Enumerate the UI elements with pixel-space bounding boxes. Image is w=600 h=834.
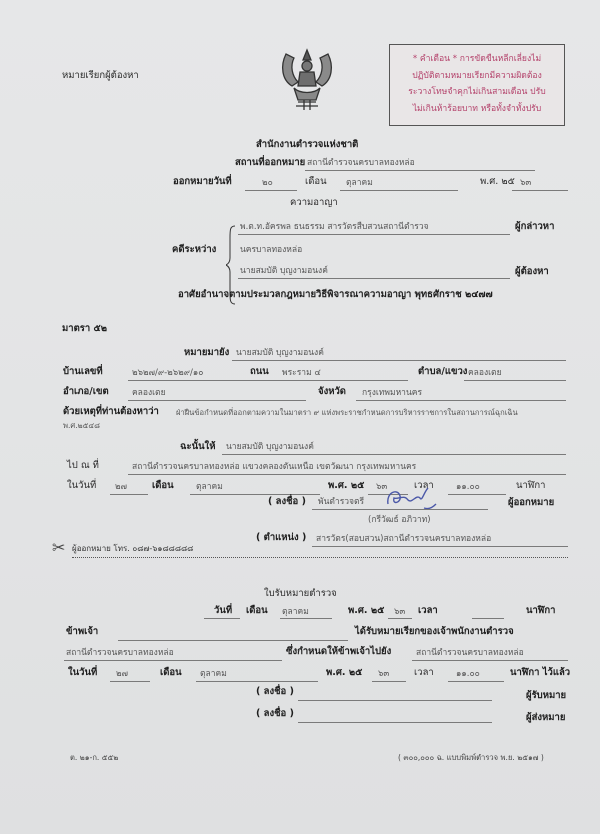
go-place-label: ไป ณ ที่: [67, 460, 99, 472]
house-label: บ้านเลขที่: [63, 366, 103, 378]
underline: [372, 681, 406, 682]
receipt-on-year-label: พ.ศ. ๒๕: [326, 667, 362, 679]
underline: [128, 474, 566, 475]
print-info: ( ๓๐๐,๐๐๐ ฉ. แบบพิมพ์ตำรวจ พ.ย. ๒๕๑๗ ): [398, 752, 544, 764]
section-text: มาตรา ๕๒: [62, 323, 107, 335]
underline: [196, 681, 318, 682]
underline: [110, 494, 148, 495]
therefore-label: ฉะนั้นให้: [180, 441, 215, 453]
warning-line: ไม่เกินห้าร้อยบาท หรือทั้งจำทั้งปรับ: [390, 101, 564, 118]
underline: [128, 400, 306, 401]
underline: [388, 618, 412, 619]
summons-year-label: พ.ศ. ๒๕: [328, 480, 364, 492]
underline: [110, 681, 150, 682]
subdistrict-label: ตำบล/แขวง: [418, 366, 467, 378]
receipt-month-label: เดือน: [246, 605, 268, 617]
issue-month-label: เดือน: [305, 176, 327, 188]
issuer-phone: ผู้ออกหมาย โทร. ๐๘๗-๖๑๘๘๘๘๘: [72, 543, 193, 555]
receipt-appoint-label: ซึ่งกำหนดให้ข้าพเจ้าไปยัง: [286, 646, 391, 658]
garuda-emblem-icon: [276, 46, 338, 114]
warning-box: * คำเตือน * การขัดขืนหลีกเลี่ยงไม่ ปฏิบั…: [389, 44, 565, 126]
underline: [118, 640, 348, 641]
police-summons-document: หมายเรียกผู้ต้องหา * คำเตือน * การขัดขืน…: [0, 0, 600, 834]
underline: [305, 170, 535, 171]
issue-year: ๖๓: [520, 177, 531, 189]
summons-person: นายสมบัติ บุญงามอนงค์: [226, 441, 314, 453]
underline: [64, 660, 282, 661]
receipt-title: ใบรับหมายตำรวจ: [264, 588, 337, 600]
sender-role: ผู้ส่งหมาย: [526, 712, 565, 724]
receipt-month: ตุลาคม: [282, 606, 309, 618]
issue-date-label: ออกหมายวันที่: [173, 176, 232, 188]
underline: [448, 681, 504, 682]
issuer-role: ผู้ออกหมาย: [508, 497, 554, 509]
warning-line: * คำเตือน * การขัดขืนหลีกเลี่ยงไม่: [390, 51, 564, 68]
warning-line: ปฏิบัติตามหมายเรียกมีความผิดต้อง: [390, 68, 564, 85]
house-number: ๒๖๒๗/๙-๒๖๒๙/๑๐: [132, 367, 203, 379]
underline: [245, 190, 297, 191]
underline: [232, 360, 566, 361]
receipt-year-label: พ.ศ. ๒๕: [348, 605, 384, 617]
authority-text: อาศัยอำนาจตามประมวลกฎหมายวิธีพิจารณาความ…: [178, 289, 493, 301]
province-value: กรุงเทพมหานคร: [362, 387, 422, 399]
accuser-line2: นครบาลทองหล่อ: [240, 244, 302, 256]
receipt-on-day: ๒๗: [116, 668, 128, 680]
receiver-signature-line[interactable]: [298, 700, 492, 701]
underline: [280, 618, 332, 619]
underline: [190, 494, 320, 495]
province-label: จังหวัด: [318, 386, 346, 398]
underline: [222, 454, 566, 455]
issuer-name: (กรีวัฒธ์ อภิวาท): [368, 514, 431, 526]
parties-label: คดีระหว่าง: [172, 244, 216, 256]
charge-text-year: พ.ศ.๒๕๔๘: [63, 420, 100, 432]
case-type-label: ความอาญา: [290, 197, 338, 209]
receipt-me-label: ข้าพเจ้า: [66, 626, 98, 638]
underline: [512, 190, 568, 191]
underline: [412, 660, 568, 661]
accuser-role: ผู้กล่าวหา: [515, 221, 554, 233]
underline: [238, 234, 510, 235]
issuer-sign-label: ( ลงชื่อ ): [268, 496, 306, 508]
issuer-rank: พันตำรวจตรี: [318, 496, 364, 508]
summons-month: ตุลาคม: [196, 481, 223, 493]
underline: [472, 618, 504, 619]
receiver-sign-label: ( ลงชื่อ ): [256, 686, 294, 698]
issue-place-value: สถานีตำรวจนครบาลทองหล่อ: [307, 157, 415, 169]
receipt-to-place: สถานีตำรวจนครบาลทองหล่อ: [416, 647, 524, 659]
scissors-icon: ✂: [52, 538, 65, 557]
addressee-name: นายสมบัติ บุญงามอนงค์: [236, 347, 324, 359]
receipt-on-unit: นาฬิกา ไว้แล้ว: [510, 667, 570, 679]
summons-date-label: ในวันที่: [67, 480, 96, 492]
underline: [204, 618, 240, 619]
road-label: ถนน: [250, 366, 269, 378]
receipt-on-month: ตุลาคม: [200, 668, 227, 680]
charge-text: ฝ่าฝืนข้อกำหนดที่ออกตามความในมาตรา ๙ แห่…: [176, 407, 518, 419]
underline: [464, 380, 566, 381]
underline: [356, 400, 566, 401]
cut-line: [72, 557, 568, 558]
underline: [448, 494, 506, 495]
go-place-value: สถานีตำรวจนครบาลทองหล่อ แขวงคลองตันเหนือ…: [132, 461, 416, 473]
summons-day: ๒๗: [115, 481, 127, 493]
addressee-label: หมายมายัง: [184, 347, 229, 359]
underline: [128, 380, 408, 381]
district-label: อำเภอ/เขต: [63, 386, 109, 398]
receiver-role: ผู้รับหมาย: [526, 690, 566, 702]
accused-role: ผู้ต้องหา: [515, 266, 549, 278]
receipt-on-time-label: เวลา: [414, 667, 434, 679]
summons-month-label: เดือน: [152, 480, 174, 492]
form-code: ต. ๒๑-ก. ๕๕๒: [70, 752, 118, 764]
receipt-on-year: ๖๓: [378, 668, 389, 680]
receipt-on-time: ๑๑.๐๐: [456, 668, 480, 680]
issuer-position-label: ( ตำแหน่ง ): [256, 532, 306, 544]
summons-time: ๑๑.๐๐: [456, 481, 480, 493]
issue-year-label: พ.ศ. ๒๕: [480, 176, 515, 188]
issue-month: ตุลาคม: [346, 177, 373, 189]
receipt-time-unit: นาฬิกา: [526, 605, 555, 617]
receipt-year: ๖๓: [394, 606, 405, 618]
district-value: คลองเตย: [132, 387, 166, 399]
accused-name: นายสมบัติ บุญงามอนงค์: [240, 265, 328, 277]
underline: [312, 509, 488, 510]
form-type: หมายเรียกผู้ต้องหา: [62, 70, 139, 82]
receipt-from-place: สถานีตำรวจนครบาลทองหล่อ: [66, 647, 174, 659]
summons-time-unit: นาฬิกา: [516, 480, 545, 492]
road-value: พระราม ๔: [282, 367, 321, 379]
receipt-received-text: ได้รับหมายเรียกของเจ้าพนักงานตำรวจ: [355, 626, 514, 638]
subdistrict-value: คลองเตย: [468, 367, 502, 379]
warning-line: ระวางโทษจำคุกไม่เกินสามเดือน ปรับ: [390, 84, 564, 101]
sender-sign-label: ( ลงชื่อ ): [256, 708, 294, 720]
receipt-on-label: ในวันที่: [68, 667, 97, 679]
issue-place-label: สถานที่ออกหมาย: [235, 157, 305, 169]
receipt-time-label: เวลา: [418, 605, 438, 617]
agency-title: สำนักงานตำรวจแห่งชาติ: [256, 139, 358, 151]
issue-day: ๒๐: [262, 177, 273, 189]
underline: [340, 190, 458, 191]
receipt-date-label: วันที่: [214, 605, 232, 617]
underline: [238, 278, 510, 279]
charge-label: ด้วยเหตุที่ท่านต้องหาว่า: [63, 406, 159, 418]
receipt-on-month-label: เดือน: [160, 667, 182, 679]
accuser-line1: พ.ต.ท.อัครพล ธนธรรม สารวัตรสืบสวนสถานีตำ…: [240, 221, 429, 233]
sender-signature-line[interactable]: [298, 722, 492, 723]
underline: [312, 546, 568, 547]
issuer-position: สารวัตร(สอบสวน)สถานีตำรวจนครบาลทองหล่อ: [316, 533, 491, 545]
